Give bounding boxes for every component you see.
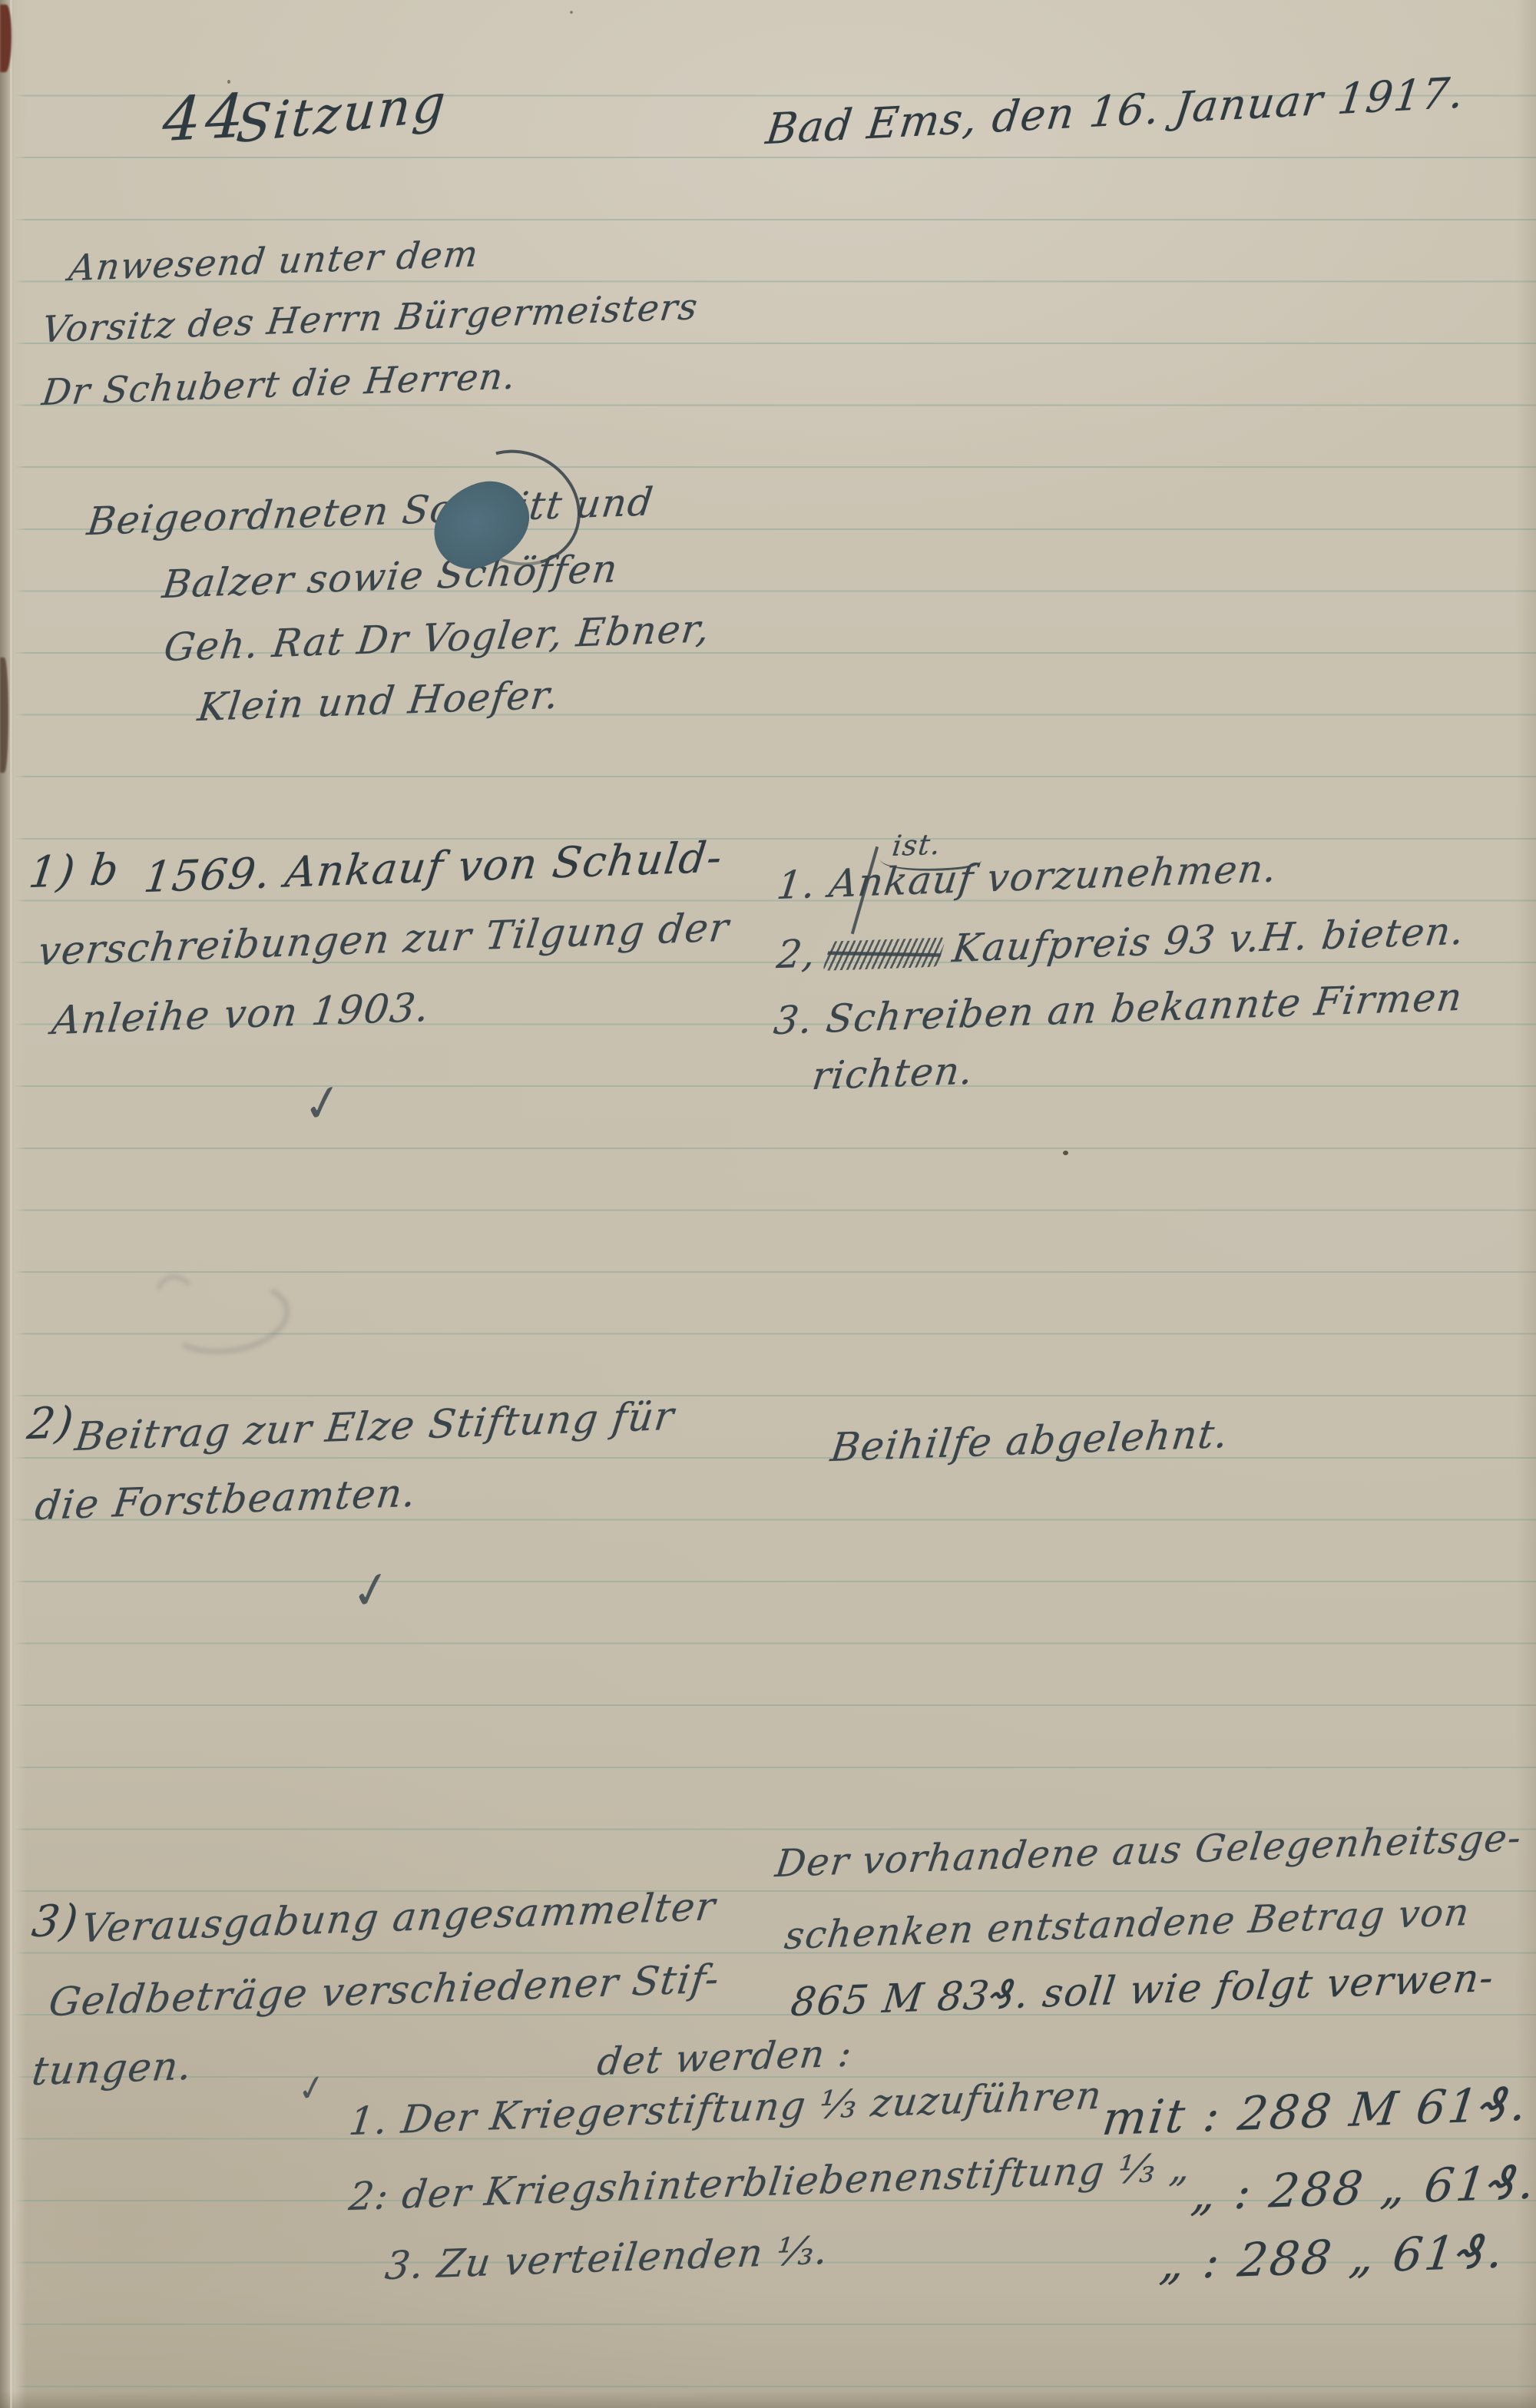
right-edge-shadow [1516, 0, 1536, 2408]
edge-stain-middle [0, 657, 8, 773]
check-mark-icon: ✓ [300, 1070, 347, 1136]
item-2-number: 2) [25, 1398, 77, 1449]
ink-speck [1063, 1151, 1068, 1155]
minutes-page: 44 Sitzung Bad Ems, den 16. Januar 1917.… [0, 0, 1536, 2408]
ink-speck [570, 11, 573, 14]
item-3-resolution-line: det werden : [594, 2031, 855, 2084]
allocation-row: 1. Der Kriegerstiftung ⅓ zuzuführen mit … [349, 2092, 1505, 2146]
allocation-amount: „ : 288 „ 61₰. [1188, 2155, 1536, 2221]
item-1-resolution-line2-number: 2, [774, 931, 819, 977]
binding-crease [10, 0, 12, 2408]
allocation-row: 2: der Kriegshinterbliebenenstiftung ⅓ „… [349, 2168, 1505, 2221]
item-3-number: 3) [29, 1896, 81, 1947]
allocation-label: 3. Zu verteilenden ⅓. [382, 2228, 831, 2288]
item-1-number: 1) b [26, 845, 122, 898]
book-binding-edge [0, 0, 26, 2408]
item-3-subject-line: tungen. [29, 2044, 195, 2095]
bottom-edge-shadow [0, 2391, 1536, 2408]
check-mark-icon: ✓ [295, 2065, 329, 2112]
scribbled-out-word [822, 937, 945, 971]
item-1-resolution-line: richten. [809, 1048, 976, 1099]
allocation-amount: „ : 288 „ 61₰. [1157, 2224, 1508, 2290]
check-mark-icon: ✓ [348, 1557, 396, 1623]
allocation-row: 3. Zu verteilenden ⅓. „ : 288 „ 61₰. [386, 2237, 1505, 2290]
